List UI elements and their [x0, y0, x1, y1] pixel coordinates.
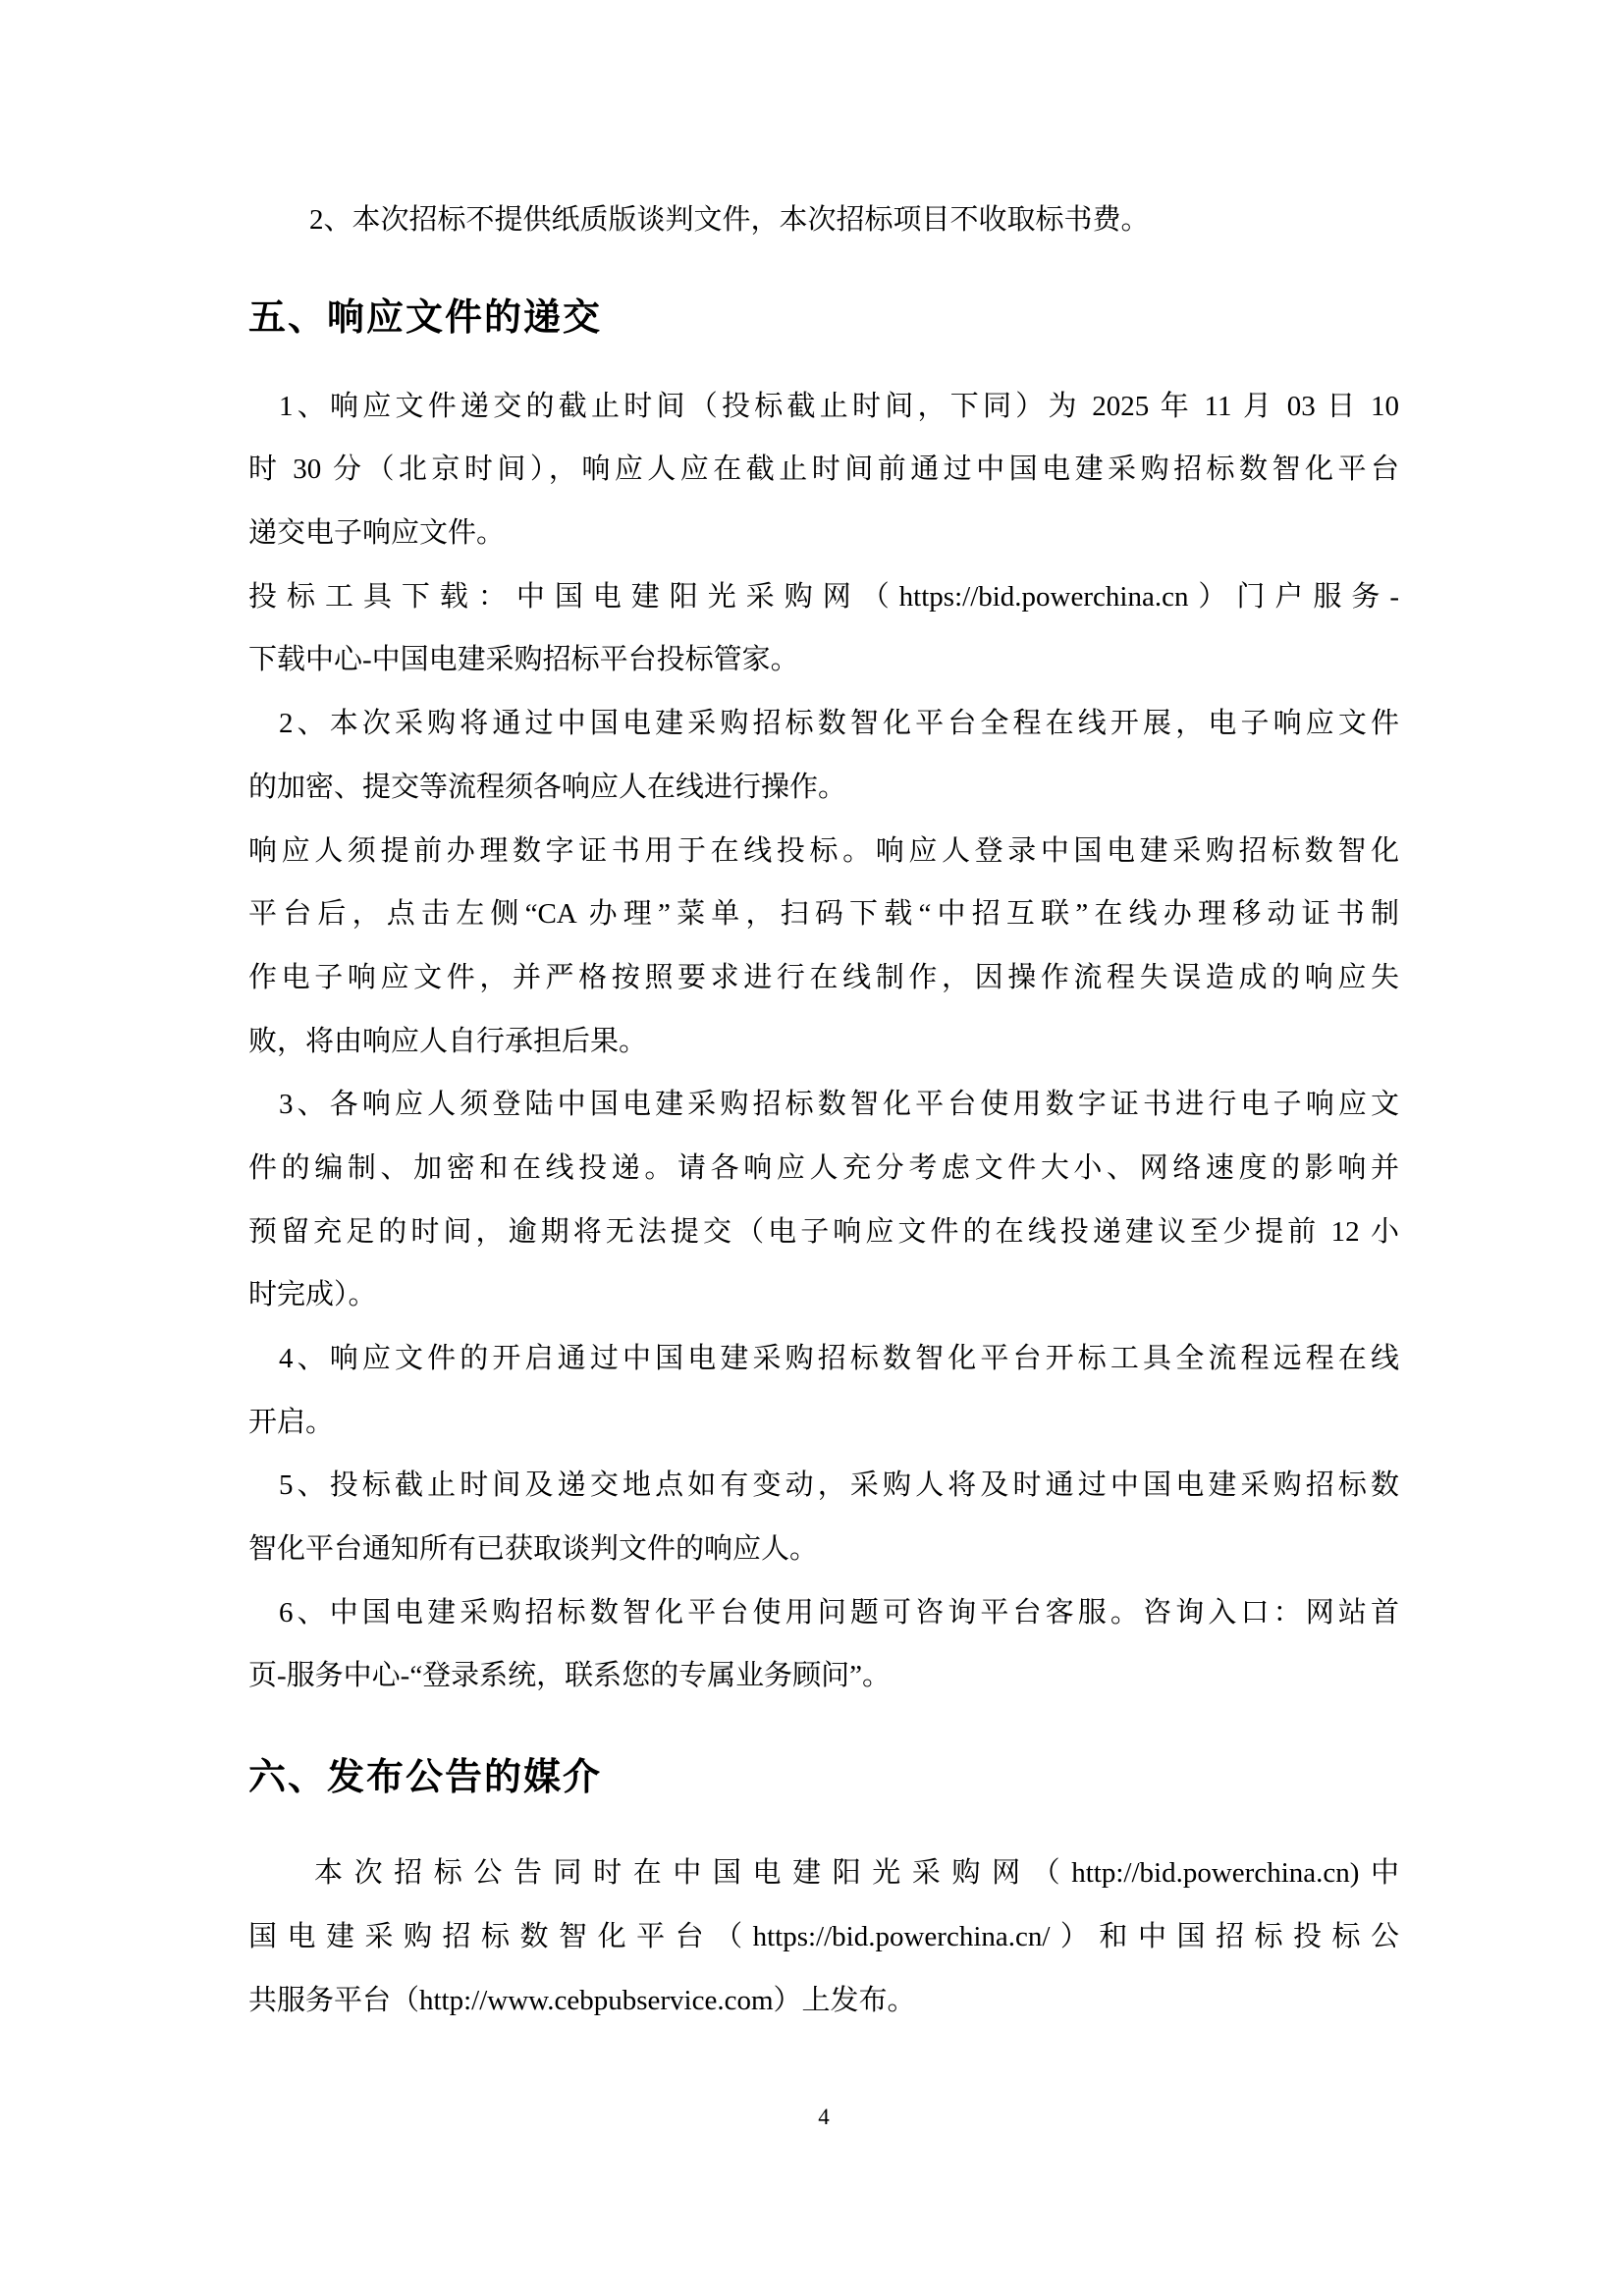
text-line: 开启。	[248, 1391, 1399, 1455]
paragraph: 6、中国电建采购招标数智化平台使用问题可咨询平台客服。咨询入口：网站首页-服务中…	[248, 1581, 1399, 1708]
document-page: 2、本次招标不提供纸质版谈判文件，本次招标项目不收取标书费。五、响应文件的递交1…	[0, 0, 1624, 2296]
section-heading: 五、响应文件的递交	[248, 294, 1399, 343]
top-margin	[248, 0, 1399, 188]
paragraph: 投标工具下载：中国电建阳光采购网（https://bid.powerchina.…	[248, 565, 1399, 692]
text-line: 投标工具下载：中国电建阳光采购网（https://bid.powerchina.…	[248, 565, 1399, 629]
text-line: 1、响应文件递交的截止时间（投标截止时间，下同）为 2025 年 11 月 03…	[248, 375, 1399, 439]
text-line: 本次招标公告同时在中国电建阳光采购网（http://bid.powerchina…	[248, 1842, 1399, 1905]
document-blocks: 2、本次招标不提供纸质版谈判文件，本次招标项目不收取标书费。五、响应文件的递交1…	[248, 188, 1399, 2032]
text-line: 2、本次招标不提供纸质版谈判文件，本次招标项目不收取标书费。	[248, 188, 1399, 252]
text-line: 3、各响应人须登陆中国电建采购招标数智化平台使用数字证书进行电子响应文	[248, 1073, 1399, 1137]
paragraph: 本次招标公告同时在中国电建阳光采购网（http://bid.powerchina…	[248, 1842, 1399, 2032]
text-line: 预留充足的时间，逾期将无法提交（电子响应文件的在线投递建议至少提前 12 小	[248, 1201, 1399, 1264]
text-line: 国电建采购招标数智化平台（https://bid.powerchina.cn/）…	[248, 1905, 1399, 1969]
text-line: 件的编制、加密和在线投递。请各响应人充分考虑文件大小、网络速度的影响并	[248, 1137, 1399, 1201]
text-line: 共服务平台（http://www.cebpubservice.com）上发布。	[248, 1969, 1399, 2033]
text-line: 页-服务中心-“登录系统，联系您的专属业务顾问”。	[248, 1644, 1399, 1708]
page-number: 4	[248, 2103, 1399, 2132]
text-line: 败，将由响应人自行承担后果。	[248, 1010, 1399, 1074]
text-line: 下载中心-中国电建采购招标平台投标管家。	[248, 628, 1399, 692]
paragraph: 2、本次招标不提供纸质版谈判文件，本次招标项目不收取标书费。	[248, 188, 1399, 252]
section-heading: 六、发布公告的媒介	[248, 1753, 1399, 1802]
text-line: 的加密、提交等流程须各响应人在线进行操作。	[248, 756, 1399, 820]
text-line: 2、本次采购将通过中国电建采购招标数智化平台全程在线开展，电子响应文件	[248, 692, 1399, 756]
paragraph: 5、投标截止时间及递交地点如有变动，采购人将及时通过中国电建采购招标数智化平台通…	[248, 1454, 1399, 1580]
paragraph: 2、本次采购将通过中国电建采购招标数智化平台全程在线开展，电子响应文件的加密、提…	[248, 692, 1399, 819]
text-line: 响应人须提前办理数字证书用于在线投标。响应人登录中国电建采购招标数智化	[248, 820, 1399, 883]
text-line: 递交电子响应文件。	[248, 502, 1399, 565]
text-line: 平台后，点击左侧“CA 办理”菜单，扫码下载“中招互联”在线办理移动证书制	[248, 882, 1399, 946]
text-line: 时完成）。	[248, 1263, 1399, 1327]
paragraph: 4、响应文件的开启通过中国电建采购招标数智化平台开标工具全流程远程在线开启。	[248, 1327, 1399, 1454]
paragraph: 1、响应文件递交的截止时间（投标截止时间，下同）为 2025 年 11 月 03…	[248, 375, 1399, 565]
text-line: 6、中国电建采购招标数智化平台使用问题可咨询平台客服。咨询入口：网站首	[248, 1581, 1399, 1645]
paragraph: 3、各响应人须登陆中国电建采购招标数智化平台使用数字证书进行电子响应文件的编制、…	[248, 1073, 1399, 1327]
text-line: 5、投标截止时间及递交地点如有变动，采购人将及时通过中国电建采购招标数	[248, 1454, 1399, 1518]
text-line: 4、响应文件的开启通过中国电建采购招标数智化平台开标工具全流程远程在线	[248, 1327, 1399, 1391]
paragraph: 响应人须提前办理数字证书用于在线投标。响应人登录中国电建采购招标数智化平台后，点…	[248, 820, 1399, 1074]
text-line: 作电子响应文件，并严格按照要求进行在线制作，因操作流程失误造成的响应失	[248, 946, 1399, 1010]
text-line: 时 30 分（北京时间），响应人应在截止时间前通过中国电建采购招标数智化平台	[248, 438, 1399, 502]
text-line: 智化平台通知所有已获取谈判文件的响应人。	[248, 1518, 1399, 1581]
document-content: 2、本次招标不提供纸质版谈判文件，本次招标项目不收取标书费。五、响应文件的递交1…	[248, 0, 1399, 2132]
